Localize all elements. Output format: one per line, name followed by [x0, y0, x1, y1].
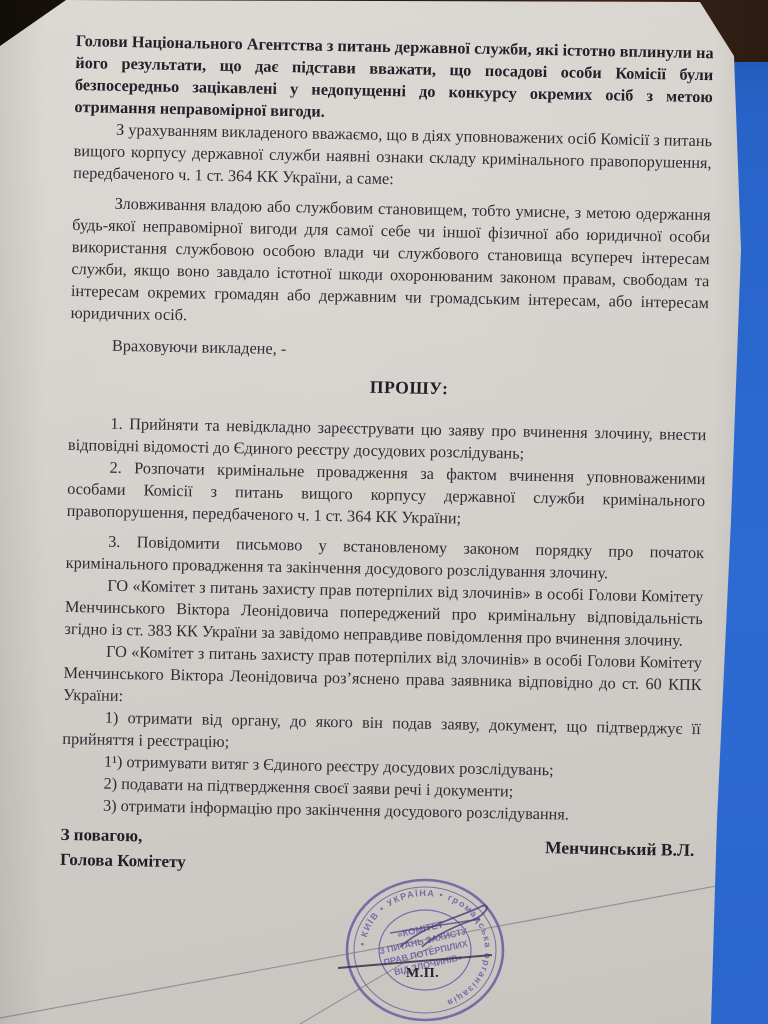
- seal-placeholder: М.П.: [406, 966, 439, 982]
- request-heading: ПРОШУ:: [69, 370, 707, 404]
- para-liability-warning: ГО «Комітет з питань захисту прав потерп…: [64, 574, 703, 652]
- closing-salutation: З повагою,: [60, 822, 186, 849]
- document-body: Голови Національного Агентства з питань …: [60, 30, 714, 884]
- organization-stamp: • КИЇВ • УКРАЇНА • громадська організаці…: [342, 874, 508, 1024]
- signatory-name: Менчинський В.Л.: [545, 835, 699, 863]
- para-assessment: З урахуванням викладеного вважаємо, що в…: [73, 118, 712, 196]
- closing-left: З повагою, Голова Комітету: [60, 822, 187, 874]
- document-page: Голови Національного Агентства з питань …: [0, 0, 768, 1024]
- para-considering: Враховуючи викладене, -: [70, 334, 708, 368]
- closing-title: Голова Комітету: [60, 847, 186, 874]
- para-abuse-definition: Зловживання владою або службовим станови…: [70, 192, 710, 336]
- request-item: 2. Розпочати кримінальне провадження за …: [67, 456, 706, 534]
- para-rights-intro: ГО «Комітет з питань захисту прав потерп…: [63, 640, 702, 718]
- para-intro: Голови Національного Агентства з питань …: [74, 30, 714, 130]
